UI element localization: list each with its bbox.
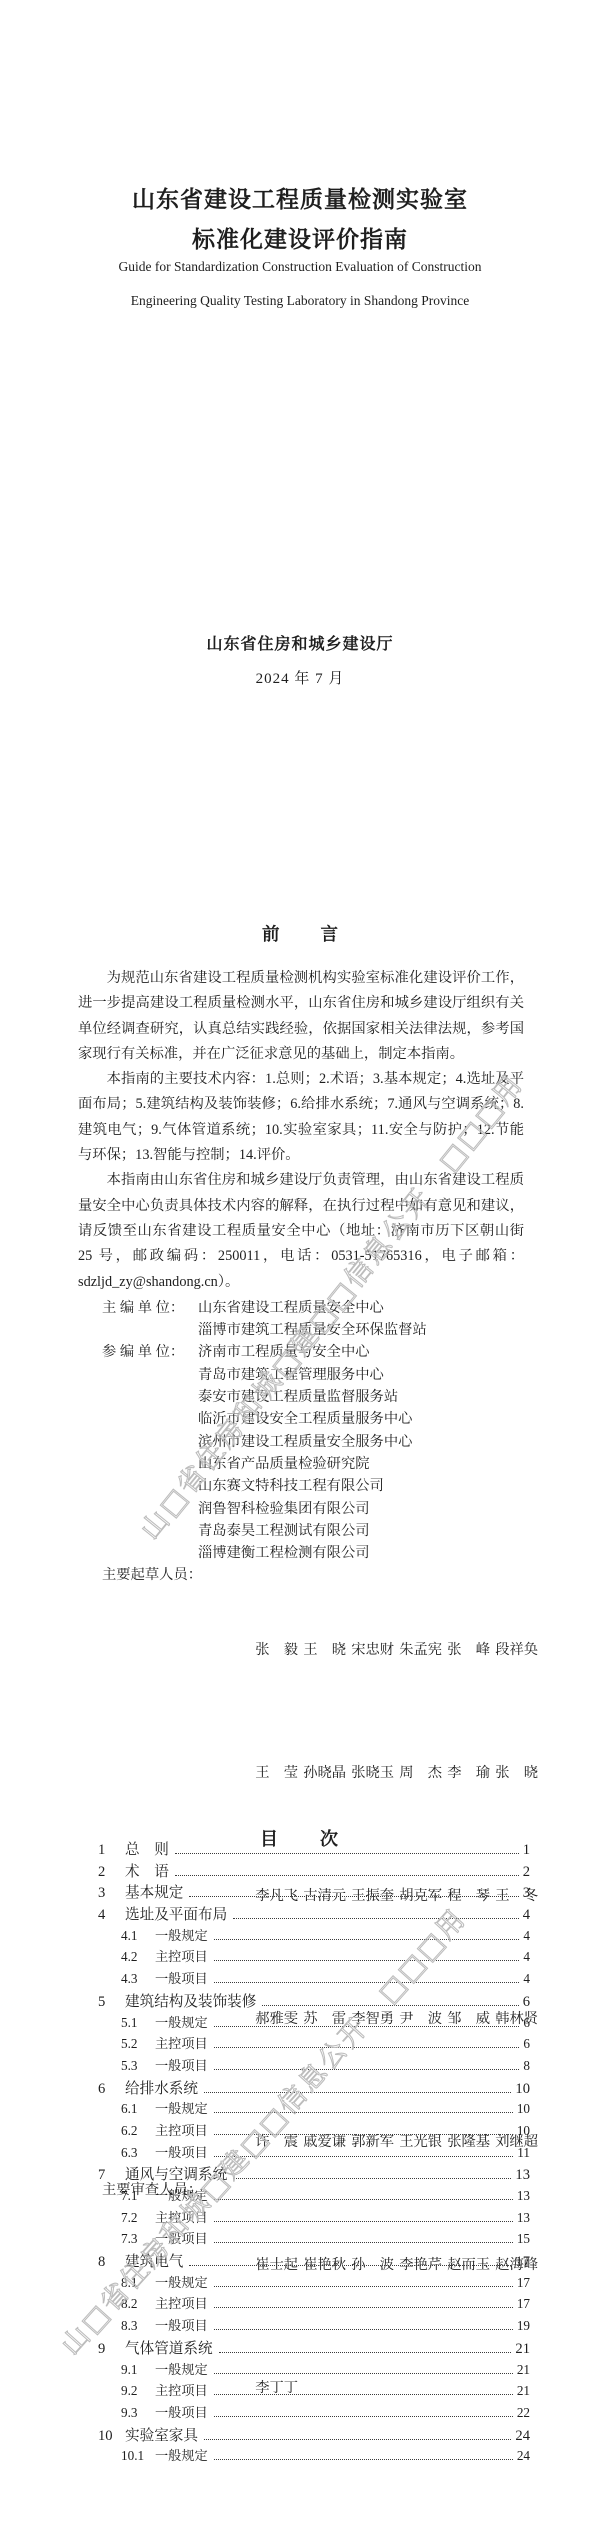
toc-entry: 7 通风与空调系统 13 xyxy=(98,2163,530,2185)
toc-entry: 6 给排水系统 10 xyxy=(98,2077,530,2099)
co-editor-unit: 济南市工程质量与安全中心 xyxy=(198,1341,524,1363)
toc-entry-page: 10 xyxy=(515,2081,530,2098)
dot-leader xyxy=(214,2307,513,2308)
toc-entry-number: 8 xyxy=(98,2254,125,2271)
dot-leader xyxy=(214,2394,513,2395)
toc-page: 山□省住房和城□建□□信息公开 □□□用 目 次 1 总 则 1 2 术 语 2 xyxy=(0,1698,600,2548)
toc-entry-title: 一般规定 xyxy=(155,2359,208,2378)
toc-entry-page: 8 xyxy=(523,2058,530,2074)
dot-leader xyxy=(214,2373,513,2374)
dot-leader xyxy=(214,2069,520,2070)
toc-entry-page: 24 xyxy=(515,2428,530,2445)
drafters-label: 主要起草人员： xyxy=(102,1564,198,1586)
chief-editor-unit: 山东省建设工程质量安全中心 xyxy=(198,1297,524,1319)
toc-entry-title: 一般规定 xyxy=(155,2272,208,2291)
drafter-name-row: 张 毅王 晓宋忠财朱孟宪张 峰段祥奂 xyxy=(198,1564,543,1687)
toc-entry-title: 给排水系统 xyxy=(125,2077,198,2098)
toc-entry: 9.1 一般规定 21 xyxy=(98,2359,530,2381)
toc-entry-number: 5 xyxy=(98,1994,125,2011)
toc-entry-page: 21 xyxy=(515,2341,530,2358)
toc-entry-page: 6 xyxy=(523,2015,530,2031)
dot-leader xyxy=(214,1960,520,1961)
toc-entry: 8.3 一般项目 19 xyxy=(98,2315,530,2337)
toc-entry: 5.2 主控项目 6 xyxy=(98,2033,530,2055)
co-editor-unit: 润鲁智科检验集团有限公司 xyxy=(198,1498,524,1520)
preface-paragraph: 本指南由山东省住房和城乡建设厅负责管理，由山东省建设工程质量安全中心负责具体技术… xyxy=(78,1168,524,1294)
toc-entry-page: 13 xyxy=(517,2188,530,2204)
toc-entry-number: 6 xyxy=(98,2081,125,2098)
toc-entry-page: 13 xyxy=(517,2210,530,2226)
dot-leader xyxy=(175,1853,519,1854)
toc-entry-number: 4.2 xyxy=(121,1949,155,1965)
toc-entry: 8.1 一般规定 17 xyxy=(98,2272,530,2294)
cover-page: 山东省建设工程质量检测实验室 标准化建设评价指南 Guide for Stand… xyxy=(0,0,600,849)
co-editor-unit: 山东赛文特科技工程有限公司 xyxy=(198,1475,524,1497)
toc-entry-page: 22 xyxy=(517,2405,530,2421)
drafter-name: 段祥奂 xyxy=(495,1638,543,1663)
toc-entry-page: 4 xyxy=(523,1971,530,1987)
co-editor-label: 参 编 单 位： xyxy=(102,1341,198,1363)
drafter-name: 宋忠财 xyxy=(351,1638,399,1663)
dot-leader xyxy=(189,1896,518,1897)
toc-entry-page: 6 xyxy=(523,2036,530,2052)
dot-leader xyxy=(214,2221,513,2222)
toc-entry-page: 21 xyxy=(517,2383,530,2399)
co-editor-unit: 青岛市建筑工程管理服务中心 xyxy=(198,1364,524,1386)
toc-entry-page: 11 xyxy=(517,2145,530,2161)
toc-entry-title: 一般项目 xyxy=(155,2315,208,2334)
chief-editor-label: 主 编 单 位： xyxy=(102,1297,198,1319)
dot-leader xyxy=(219,2352,512,2353)
toc-entry-title: 术 语 xyxy=(125,1860,169,1881)
toc-entry-page: 21 xyxy=(517,2362,530,2378)
toc-entry: 9 气体管道系统 21 xyxy=(98,2337,530,2359)
toc-entry-page: 10 xyxy=(517,2101,530,2117)
chief-editor-list: 山东省建设工程质量安全中心淄博市建筑工程质量安全环保监督站 xyxy=(198,1297,524,1342)
preface-paragraph: 为规范山东省建设工程质量检测机构实验室标准化建设评价工作，进一步提高建设工程质量… xyxy=(78,966,524,1067)
preface-paragraph: 本指南的主要技术内容：1.总则；2.术语；3.基本规定；4.选址及平面布局；5.… xyxy=(78,1067,524,1168)
cover-title-zh-line2: 标准化建设评价指南 xyxy=(0,221,600,254)
toc-entry: 5.3 一般项目 8 xyxy=(98,2055,530,2077)
drafter-name: 张 毅 xyxy=(255,1638,303,1663)
dot-leader xyxy=(175,1875,519,1876)
toc-entry: 6.3 一般项目 11 xyxy=(98,2142,530,2164)
toc-entry: 10 实验室家具 24 xyxy=(98,2424,530,2446)
document-canvas: 山东省建设工程质量检测实验室 标准化建设评价指南 Guide for Stand… xyxy=(0,0,600,2548)
toc-entry: 5 建筑结构及装饰装修 6 xyxy=(98,1990,530,2012)
toc-entry-number: 4.3 xyxy=(121,1971,155,1987)
toc-entry: 8 建筑电气 17 xyxy=(98,2250,530,2272)
toc-entry-title: 建筑结构及装饰装修 xyxy=(125,1990,256,2011)
toc-entry-title: 主控项目 xyxy=(155,2380,208,2399)
cover-title-en-line1: Guide for Standardization Construction E… xyxy=(0,259,600,275)
preface-heading: 前 言 xyxy=(78,921,524,946)
dot-leader xyxy=(214,1939,520,1940)
toc-entry-number: 8.3 xyxy=(121,2318,155,2334)
toc-entry-title: 一般规定 xyxy=(155,2185,208,2204)
toc-entry: 1 总 则 1 xyxy=(98,1838,530,1860)
toc-entry-title: 主控项目 xyxy=(155,1946,208,1965)
dot-leader xyxy=(214,2242,513,2243)
toc-entry: 10.1 一般规定 24 xyxy=(98,2445,530,2467)
co-editor-unit: 临沂市建设安全工程质量服务中心 xyxy=(198,1408,524,1430)
toc-entry: 4.3 一般项目 4 xyxy=(98,1968,530,1990)
toc-entry-title: 一般规定 xyxy=(155,2445,208,2464)
toc-entry-number: 10 xyxy=(98,2428,125,2445)
co-editor-unit: 淄博建衡工程检测有限公司 xyxy=(198,1542,524,1564)
toc-entry-title: 一般项目 xyxy=(155,1968,208,1987)
toc-list: 1 总 则 1 2 术 语 2 3 基本规定 3 xyxy=(98,1838,530,2467)
toc-entry-title: 一般规定 xyxy=(155,2012,208,2031)
toc-entry-page: 1 xyxy=(523,1842,530,1859)
cover-publisher: 山东省住房和城乡建设厅 xyxy=(0,631,600,654)
preface-page: 山□省住房和城□建□□信息公开 □□□用 前 言 为规范山东省建设工程质量检测机… xyxy=(0,849,600,1698)
toc-entry: 7.1 一般规定 13 xyxy=(98,2185,530,2207)
toc-entry-title: 气体管道系统 xyxy=(125,2337,213,2358)
cover-title-zh-line1: 山东省建设工程质量检测实验室 xyxy=(0,181,600,214)
co-editor-unit: 滨州市建设工程质量安全服务中心 xyxy=(198,1431,524,1453)
toc-entry-title: 一般项目 xyxy=(155,2228,208,2247)
dot-leader xyxy=(214,2026,520,2027)
toc-entry-number: 6.2 xyxy=(121,2123,155,2139)
toc-entry: 5.1 一般规定 6 xyxy=(98,2012,530,2034)
toc-entry-page: 2 xyxy=(523,1864,530,1881)
toc-entry-title: 实验室家具 xyxy=(125,2424,198,2445)
toc-entry: 4.1 一般规定 4 xyxy=(98,1925,530,1947)
toc-entry-number: 2 xyxy=(98,1864,125,1881)
dot-leader xyxy=(214,2134,513,2135)
toc-entry-page: 19 xyxy=(517,2318,530,2334)
co-editor-list: 济南市工程质量与安全中心青岛市建筑工程管理服务中心泰安市建设工程质量监督服务站临… xyxy=(198,1341,524,1564)
toc-entry-title: 一般项目 xyxy=(155,2402,208,2421)
chief-editor-row: 主 编 单 位： 山东省建设工程质量安全中心淄博市建筑工程质量安全环保监督站 xyxy=(102,1297,524,1342)
toc-entry: 2 术 语 2 xyxy=(98,1860,530,1882)
toc-entry-title: 建筑电气 xyxy=(125,2250,183,2271)
toc-entry: 6.2 主控项目 10 xyxy=(98,2120,530,2142)
toc-entry-number: 7.3 xyxy=(121,2231,155,2247)
toc-entry-number: 3 xyxy=(98,1885,125,1902)
dot-leader xyxy=(233,2178,511,2179)
dot-leader xyxy=(233,1918,519,1919)
toc-entry-number: 5.1 xyxy=(121,2015,155,2031)
toc-entry-page: 17 xyxy=(515,2254,530,2271)
toc-entry-number: 9.3 xyxy=(121,2405,155,2421)
toc-entry-title: 主控项目 xyxy=(155,2293,208,2312)
toc-entry-number: 7.1 xyxy=(121,2188,155,2204)
toc-entry-page: 3 xyxy=(523,1885,530,1902)
drafter-name: 张 峰 xyxy=(447,1638,495,1663)
toc-entry: 4.2 主控项目 4 xyxy=(98,1946,530,1968)
co-editor-row: 参 编 单 位： 济南市工程质量与安全中心青岛市建筑工程管理服务中心泰安市建设工… xyxy=(102,1341,524,1564)
toc-entry-title: 选址及平面布局 xyxy=(125,1903,227,1924)
toc-entry-page: 4 xyxy=(523,1928,530,1944)
toc-entry: 6.1 一般规定 10 xyxy=(98,2098,530,2120)
toc-entry-title: 一般规定 xyxy=(155,2098,208,2117)
dot-leader xyxy=(204,2439,511,2440)
toc-entry: 9.2 主控项目 21 xyxy=(98,2380,530,2402)
preface-paragraphs: 为规范山东省建设工程质量检测机构实验室标准化建设评价工作，进一步提高建设工程质量… xyxy=(78,966,524,1295)
toc-entry-title: 一般项目 xyxy=(155,2055,208,2074)
toc-entry-page: 10 xyxy=(517,2123,530,2139)
dot-leader xyxy=(214,2156,514,2157)
toc-entry-page: 6 xyxy=(523,1994,530,2011)
co-editor-unit: 泰安市建设工程质量监督服务站 xyxy=(198,1386,524,1408)
toc-entry-title: 通风与空调系统 xyxy=(125,2163,227,2184)
toc-entry-number: 6.1 xyxy=(121,2101,155,2117)
dot-leader xyxy=(262,2005,518,2006)
toc-entry: 3 基本规定 3 xyxy=(98,1881,530,1903)
toc-entry-number: 6.3 xyxy=(121,2145,155,2161)
toc-entry-number: 9 xyxy=(98,2341,125,2358)
toc-entry: 7.2 主控项目 13 xyxy=(98,2207,530,2229)
toc-entry-title: 总 则 xyxy=(125,1838,169,1859)
toc-entry-number: 1 xyxy=(98,1842,125,1859)
dot-leader xyxy=(214,2199,513,2200)
toc-entry-number: 5.2 xyxy=(121,2036,155,2052)
toc-entry-title: 基本规定 xyxy=(125,1881,183,1902)
toc-entry-number: 8.2 xyxy=(121,2296,155,2312)
toc-entry: 8.2 主控项目 17 xyxy=(98,2293,530,2315)
toc-entry-number: 5.3 xyxy=(121,2058,155,2074)
co-editor-unit: 山东省产品质量检验研究院 xyxy=(198,1453,524,1475)
toc-entry-number: 7.2 xyxy=(121,2210,155,2226)
toc-entry-page: 17 xyxy=(517,2275,530,2291)
dot-leader xyxy=(204,2092,511,2093)
cover-date: 2024 年 7 月 xyxy=(0,667,600,688)
chief-editor-unit: 淄博市建筑工程质量安全环保监督站 xyxy=(198,1319,524,1341)
toc-entry-number: 10.1 xyxy=(121,2448,155,2464)
dot-leader xyxy=(214,1982,520,1983)
co-editor-unit: 青岛泰昊工程测试有限公司 xyxy=(198,1520,524,1542)
toc-entry-title: 一般项目 xyxy=(155,2142,208,2161)
toc-entry-number: 4 xyxy=(98,1907,125,1924)
drafter-name: 朱孟宪 xyxy=(399,1638,447,1663)
toc-entry-title: 主控项目 xyxy=(155,2207,208,2226)
toc-entry-page: 4 xyxy=(523,1949,530,1965)
toc-entry-page: 13 xyxy=(515,2167,530,2184)
toc-entry: 4 选址及平面布局 4 xyxy=(98,1903,530,1925)
toc-entry-page: 17 xyxy=(517,2296,530,2312)
toc-entry-page: 4 xyxy=(523,1907,530,1924)
toc-entry-number: 8.1 xyxy=(121,2275,155,2291)
dot-leader xyxy=(214,2329,513,2330)
toc-entry-title: 主控项目 xyxy=(155,2120,208,2139)
dot-leader xyxy=(214,2416,513,2417)
drafter-name: 王 晓 xyxy=(303,1638,351,1663)
toc-entry-title: 一般规定 xyxy=(155,1925,208,1944)
dot-leader xyxy=(214,2459,513,2460)
dot-leader xyxy=(214,2112,513,2113)
toc-entry: 9.3 一般项目 22 xyxy=(98,2402,530,2424)
toc-entry-number: 9.2 xyxy=(121,2383,155,2399)
toc-entry-number: 9.1 xyxy=(121,2362,155,2378)
toc-entry-page: 24 xyxy=(517,2448,530,2464)
dot-leader xyxy=(189,2265,511,2266)
toc-entry-title: 主控项目 xyxy=(155,2033,208,2052)
dot-leader xyxy=(214,2286,513,2287)
cover-title-en-line2: Engineering Quality Testing Laboratory i… xyxy=(0,293,600,309)
toc-entry-number: 4.1 xyxy=(121,1928,155,1944)
toc-entry-page: 15 xyxy=(517,2231,530,2247)
dot-leader xyxy=(214,2047,520,2048)
toc-entry: 7.3 一般项目 15 xyxy=(98,2228,530,2250)
toc-entry-number: 7 xyxy=(98,2167,125,2184)
